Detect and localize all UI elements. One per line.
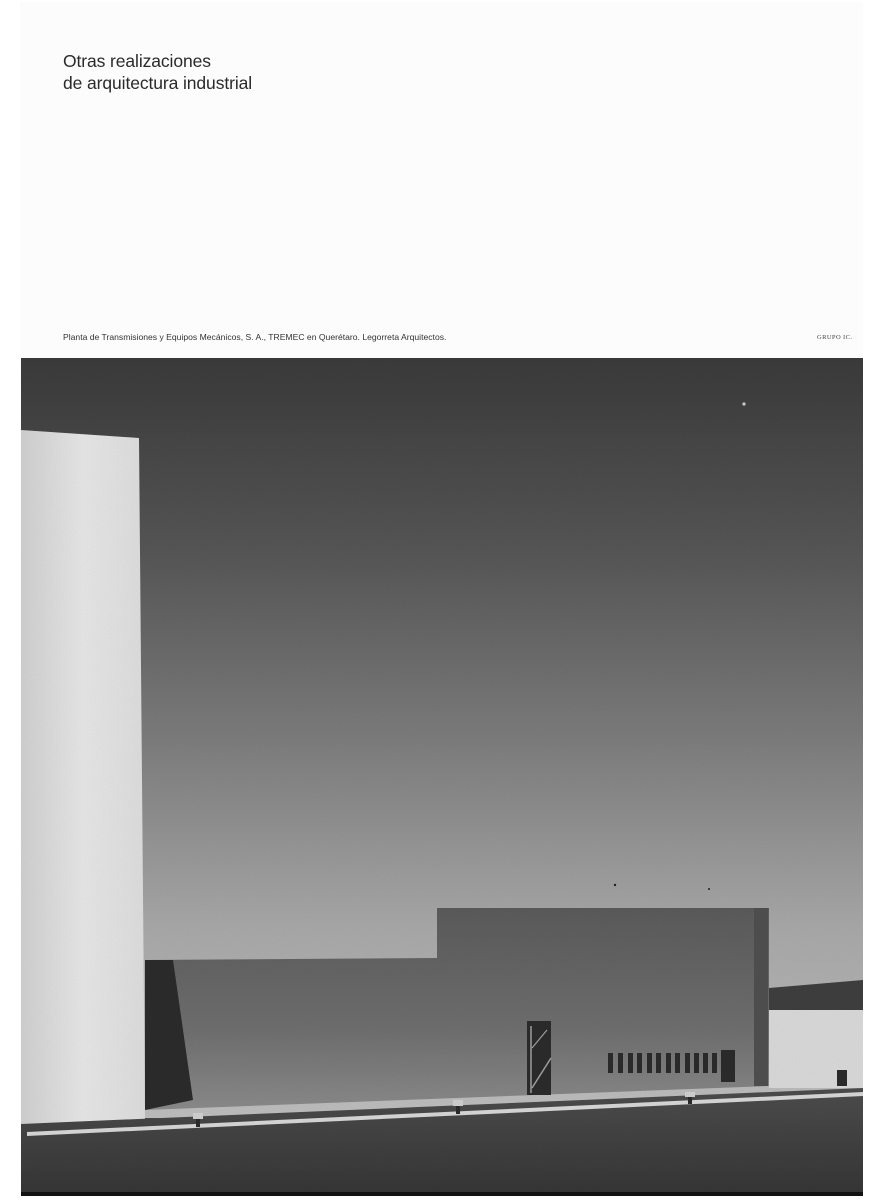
title-line-2: de arquitectura industrial — [63, 72, 252, 94]
photo-credit: GRUPO IC. — [817, 334, 852, 341]
photo-caption: Planta de Transmisiones y Equipos Mecáni… — [63, 332, 446, 342]
industrial-plant-photo — [21, 358, 863, 1196]
title-line-1: Otras realizaciones — [63, 50, 252, 72]
page-title: Otras realizaciones de arquitectura indu… — [63, 50, 252, 94]
